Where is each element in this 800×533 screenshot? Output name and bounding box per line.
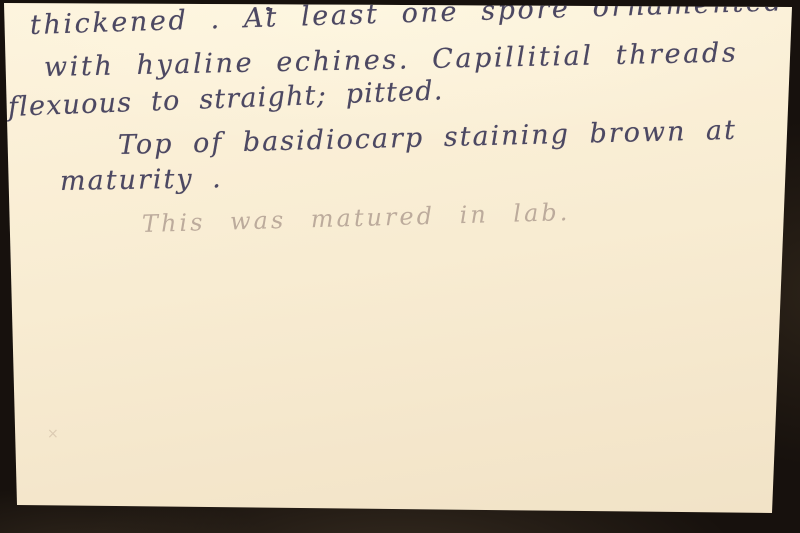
handwriting-line-1: thickened . At least one spore ornamente…	[30, 0, 785, 41]
handwriting-line-3: flexuous to straight; pitted.	[7, 75, 444, 123]
pencil-note: This was matured in lab.	[142, 198, 571, 238]
photo-background: thickened . At least one spore ornamente…	[0, 0, 800, 533]
handwriting-line-4: Top of basidiocarp staining brown at	[118, 115, 738, 161]
handwriting-line-2: with hyaline echines. Capillitial thread…	[44, 37, 739, 83]
index-card: thickened . At least one spore ornamente…	[0, 0, 800, 533]
faint-x-mark: ×	[47, 426, 59, 442]
handwriting-line-5: maturity .	[60, 163, 223, 197]
